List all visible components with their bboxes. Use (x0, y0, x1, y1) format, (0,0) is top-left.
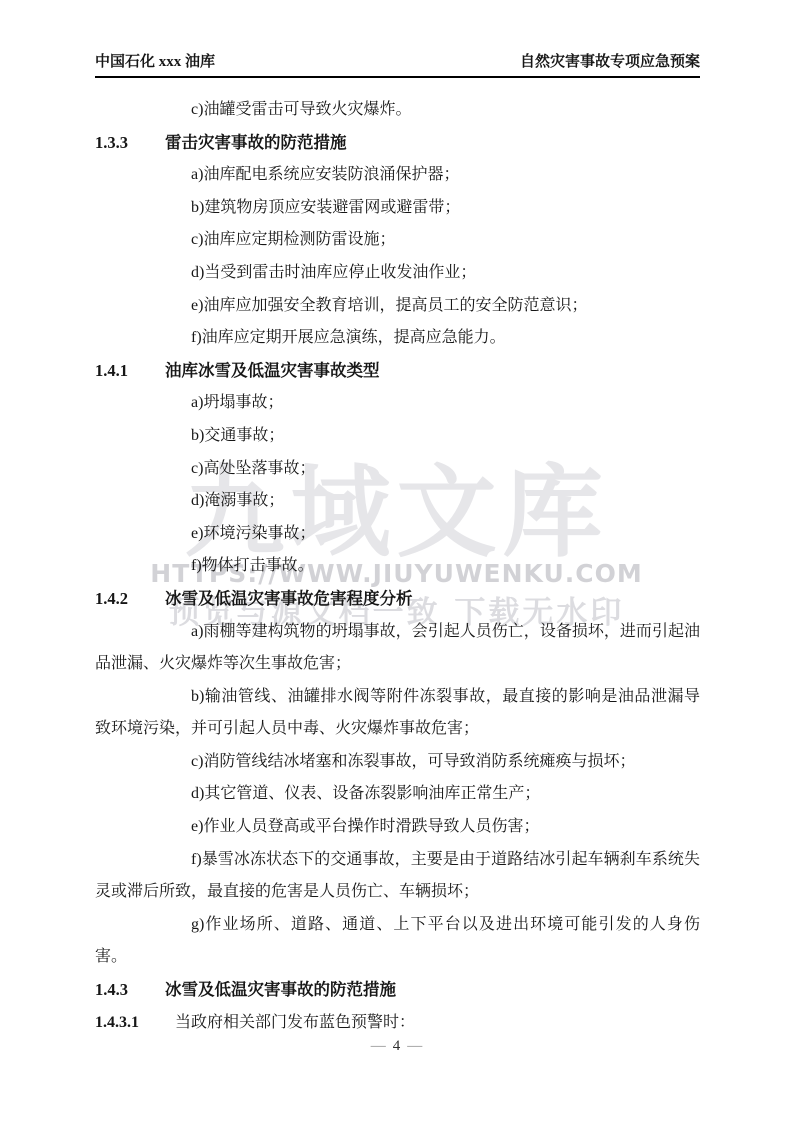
section-title: 雷击灾害事故的防范措施 (165, 133, 347, 152)
list-item: f)物体打击事故。 (95, 550, 700, 583)
list-item-label: b) (143, 681, 204, 714)
list-item: c)高处坠落事故； (95, 453, 700, 486)
footer-left-dash: — (371, 1038, 386, 1054)
list-item-text: 环境污染事故； (203, 525, 315, 542)
list-item: a)油库配电系统应安装防浪涌保护器； (95, 159, 700, 192)
footer-right-dash: — (407, 1038, 422, 1054)
list-item-text: 交通事故； (204, 427, 284, 444)
list-item-label: a) (143, 387, 203, 420)
footer-page-number: 4 (386, 1038, 408, 1054)
list-item-label: f) (143, 550, 202, 583)
list-item-label: c) (143, 746, 203, 779)
list-item: d)淹溺事故； (95, 485, 700, 518)
list-item-text: 其它管道、仪表、设备冻裂影响油库正常生产； (204, 785, 540, 802)
list-item-text: 坍塌事故； (203, 394, 283, 411)
list-item: e)环境污染事故； (95, 518, 700, 551)
list-item-text: 油库应定期开展应急演练，提高应急能力。 (202, 329, 506, 346)
list-item: e)油库应加强安全教育培训，提高员工的安全防范意识； (95, 290, 700, 323)
list-item-text: 油库配电系统应安装防浪涌保护器； (203, 166, 459, 183)
list-item: f)暴雪冰冻状态下的交通事故，主要是由于道路结冰引起车辆刹车系统失灵或滞后所致，… (95, 844, 700, 909)
list-item-text: 高处坠落事故； (203, 460, 315, 477)
section-number: 1.4.3.1 (95, 1007, 175, 1040)
section-number: 1.4.1 (95, 355, 165, 388)
list-item-label: e) (143, 518, 203, 551)
list-item-text: 油罐受雷击可导致火灾爆炸。 (203, 101, 411, 118)
sub-section-heading: 1.4.3.1当政府相关部门发布蓝色预警时： (95, 1007, 700, 1040)
list-item-label: d) (143, 485, 204, 518)
list-item: c)消防管线结冰堵塞和冻裂事故，可导致消防系统瘫痪与损坏； (95, 746, 700, 779)
section-title: 当政府相关部门发布蓝色预警时： (175, 1014, 415, 1031)
section-number: 1.3.3 (95, 127, 165, 160)
list-item: c)油罐受雷击可导致火灾爆炸。 (95, 94, 700, 127)
section-number: 1.4.3 (95, 974, 165, 1007)
section-number: 1.4.2 (95, 583, 165, 616)
list-item-label: f) (143, 844, 202, 877)
list-item-text: 作业人员登高或平台操作时滑跌导致人员伤害； (203, 818, 539, 835)
list-item-label: a) (143, 616, 203, 649)
document-page: 九域文库 HTTPS://WWW.JIUYUWENKU.COM 预览与源文档一致… (0, 0, 793, 1122)
list-item-label: d) (143, 257, 204, 290)
list-item-label: c) (143, 224, 203, 257)
section-title: 油库冰雪及低温灾害事故类型 (165, 361, 380, 380)
list-item-text: 油库应定期检测防雷设施； (203, 231, 395, 248)
list-item: a)雨棚等建构筑物的坍塌事故，会引起人员伤亡，设备损坏，进而引起油品泄漏、火灾爆… (95, 616, 700, 681)
list-item-label: e) (143, 290, 203, 323)
page-header: 中国石化 xxx 油库 自然灾害事故专项应急预案 (95, 0, 700, 78)
list-item-label: e) (143, 811, 203, 844)
document-body: c)油罐受雷击可导致火灾爆炸。1.3.3雷击灾害事故的防范措施a)油库配电系统应… (95, 94, 700, 1039)
list-item-label: c) (143, 453, 203, 486)
list-item: b)输油管线、油罐排水阀等附件冻裂事故，最直接的影响是油品泄漏导致环境污染，并可… (95, 681, 700, 746)
list-item-text: 消防管线结冰堵塞和冻裂事故，可导致消防系统瘫痪与损坏； (203, 753, 635, 770)
list-item-text: 物体打击事故。 (202, 557, 314, 574)
header-left-title: 中国石化 xxx 油库 (95, 52, 215, 73)
section-heading: 1.4.1油库冰雪及低温灾害事故类型 (95, 355, 700, 388)
list-item: c)油库应定期检测防雷设施； (95, 224, 700, 257)
section-title: 冰雪及低温灾害事故危害程度分析 (165, 589, 413, 608)
list-item-label: g) (143, 909, 204, 942)
list-item-label: b) (143, 192, 204, 225)
list-item: a)坍塌事故； (95, 387, 700, 420)
section-heading: 1.4.3冰雪及低温灾害事故的防范措施 (95, 974, 700, 1007)
list-item-text: 油库应加强安全教育培训，提高员工的安全防范意识； (203, 297, 587, 314)
header-right-title: 自然灾害事故专项应急预案 (520, 52, 700, 73)
list-item-text: 淹溺事故； (204, 492, 284, 509)
list-item-text: 建筑物房顶应安装避雷网或避雷带； (204, 199, 460, 216)
list-item: b)建筑物房顶应安装避雷网或避雷带； (95, 192, 700, 225)
list-item-label: d) (143, 778, 204, 811)
list-item: f)油库应定期开展应急演练，提高应急能力。 (95, 322, 700, 355)
list-item-label: b) (143, 420, 204, 453)
list-item: e)作业人员登高或平台操作时滑跌导致人员伤害； (95, 811, 700, 844)
list-item-label: f) (143, 322, 202, 355)
list-item-label: c) (143, 94, 203, 127)
list-item: g)作业场所、道路、通道、上下平台以及进出环境可能引发的人身伤害。 (95, 909, 700, 974)
section-heading: 1.3.3雷击灾害事故的防范措施 (95, 127, 700, 160)
list-item: b)交通事故； (95, 420, 700, 453)
section-title: 冰雪及低温灾害事故的防范措施 (165, 980, 396, 999)
page-footer: —4— (0, 1036, 793, 1057)
list-item: d)当受到雷击时油库应停止收发油作业； (95, 257, 700, 290)
list-item-label: a) (143, 159, 203, 192)
section-heading: 1.4.2冰雪及低温灾害事故危害程度分析 (95, 583, 700, 616)
list-item: d)其它管道、仪表、设备冻裂影响油库正常生产； (95, 778, 700, 811)
list-item-text: 当受到雷击时油库应停止收发油作业； (204, 264, 476, 281)
